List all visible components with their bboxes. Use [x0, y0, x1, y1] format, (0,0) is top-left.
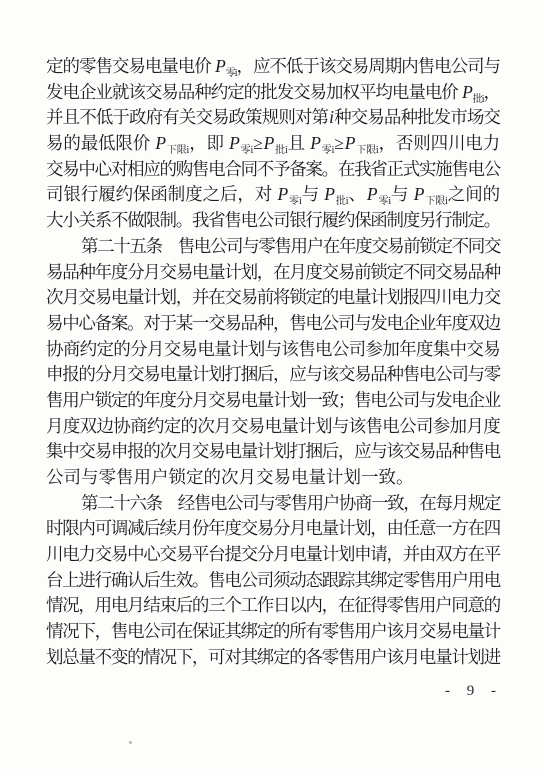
- text-line: 易的最低限价 P下限i，即 P零i≥P批i且 P零i≥P下限i，否则四川电力: [46, 131, 500, 157]
- price-variable: P零i: [366, 184, 391, 204]
- text-line: 月度双边协商约定的次月交易电量计划与该售电公司参加月度: [46, 414, 500, 440]
- price-variable: P批i: [263, 133, 288, 153]
- text-line: 川电力交易中心交易平台提交分月电量计划申请，并由双方在平: [46, 542, 500, 568]
- text-line: 定的零售交易电量电价 P零i，应不低于该交易周期内售电公司与: [46, 54, 500, 80]
- document-page: 定的零售交易电量电价 P零i，应不低于该交易周期内售电公司与发电企业就该交易品种…: [0, 0, 544, 770]
- price-variable: P下限i: [344, 133, 379, 153]
- price-variable: P批i: [323, 184, 348, 204]
- text-line: 情况，用电月结束后的三个工作日以内，在征得零售用户同意的: [46, 593, 500, 619]
- text-line: 集中交易申报的次月交易电量计划打捆后，应与该交易品种售电: [46, 439, 500, 465]
- text-line: 大小关系不做限制。我省售电公司银行履约保函制度另行制定。: [46, 208, 500, 234]
- document-lines: 定的零售交易电量电价 P零i，应不低于该交易周期内售电公司与发电企业就该交易品种…: [46, 54, 500, 671]
- text-line: 发电企业就该交易品种约定的批发交易加权平均电量电价 P批i，: [46, 80, 500, 106]
- text-line: 交易中心对相应的购售电合同不予备案。在我省正式实施售电公: [46, 157, 500, 183]
- price-variable: P零i: [214, 56, 236, 76]
- text-line: 时限内可调减后续月份年度交易分月电量计划，由任意一方在四: [46, 516, 500, 542]
- text-line: 公司与零售用户锁定的次月交易电量计划一致。: [46, 465, 500, 491]
- price-variable: P下限i: [413, 184, 448, 204]
- page-number: - 9 -: [445, 683, 500, 700]
- price-variable: P零i: [309, 133, 334, 153]
- text-line: 情况下，售电公司在保证其绑定的所有零售用户该月交易电量计: [46, 619, 500, 645]
- text-line: 申报的分月交易电量计划打捆后，应与该交易品种售电公司与零: [46, 362, 500, 388]
- text-line: 第二十六条 经售电公司与零售用户协商一致，在每月规定: [46, 491, 500, 517]
- text-line: 易品种年度分月交易电量计划，在月度交易前锁定不同交易品种: [46, 260, 500, 286]
- price-variable: P零i: [276, 184, 301, 204]
- text-line: 司银行履约保函制度之后，对 P零i与 P批i、P零i与 P下限i之间的: [46, 182, 500, 208]
- text-line: 次月交易电量计划，并在交易前将锁定的电量计划报四川电力交: [46, 285, 500, 311]
- text-line: 协商约定的分月交易电量计划与该售电公司参加年度集中交易: [46, 337, 500, 363]
- text-line: 并且不低于政府有关交易政策规则对第i种交易品种批发市场交: [46, 105, 500, 131]
- price-variable: P批i: [461, 82, 483, 102]
- text-line: 台上进行确认后生效。售电公司须动态跟踪其绑定零售用户用电: [46, 568, 500, 594]
- text-line: 易中心备案。对于某一交易品种，售电公司与发电企业年度双边: [46, 311, 500, 337]
- price-variable: P下限i: [154, 133, 189, 153]
- text-line: 划总量不变的情况下，可对其绑定的各零售用户该月电量计划进: [46, 645, 500, 671]
- scan-speck: [129, 741, 132, 744]
- price-variable: P零i: [228, 133, 253, 153]
- index-variable: i: [328, 107, 334, 127]
- text-line: 售用户锁定的年度分月交易电量计划一致；售电公司与发电企业: [46, 388, 500, 414]
- text-line: 第二十五条 售电公司与零售用户在年度交易前锁定不同交: [46, 234, 500, 260]
